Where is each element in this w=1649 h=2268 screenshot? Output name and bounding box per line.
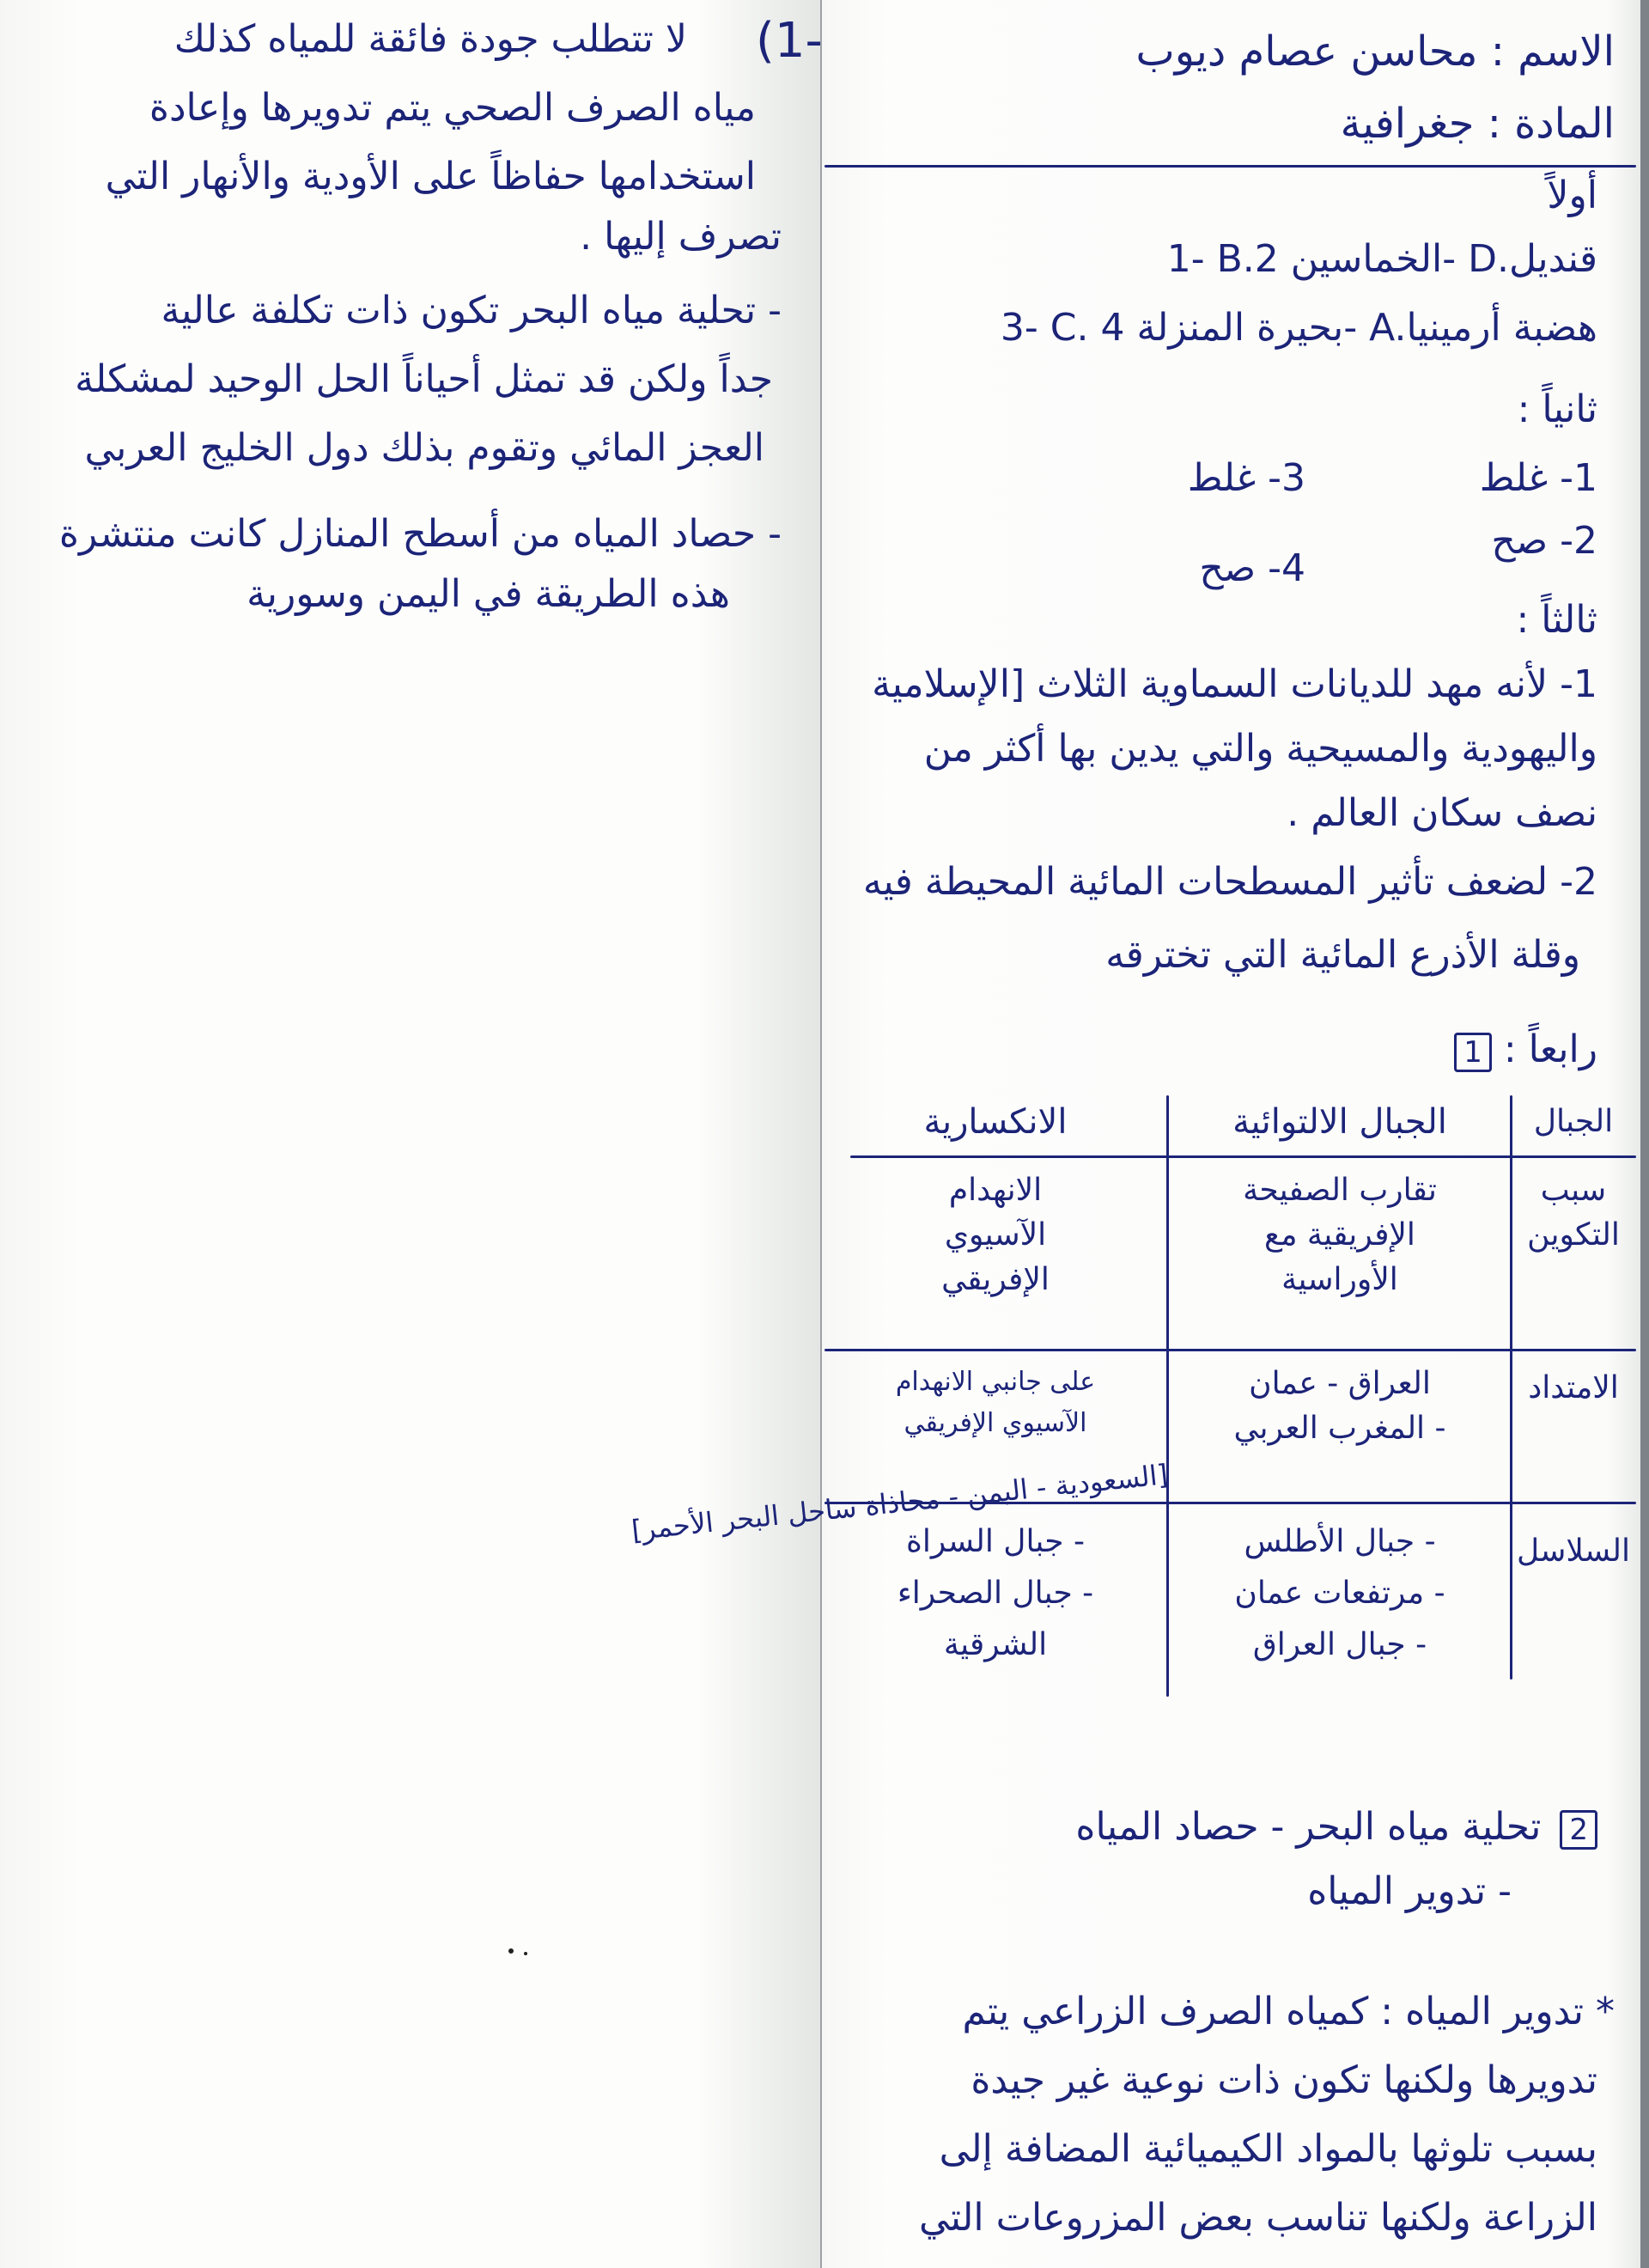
recycling-line-3: بسبب تلوثها بالمواد الكيميائية المضافة إ… — [940, 2131, 1597, 2168]
paper-edge — [1640, 0, 1649, 2268]
recycling-line-2: تدويرها ولكنها تكون ذات نوعية غير جيدة — [971, 2062, 1597, 2100]
section3-item1-line-1: 1- لأنه مهد للديانات السماوية الثلاث [ال… — [872, 666, 1597, 704]
section3-title: ثالثاً : — [1516, 601, 1597, 639]
left-line-8: - حصاد المياه من أسطح المنازل كانت منتشر… — [59, 515, 782, 553]
section1-line-1: 1- B.الخماسين 2- D.قنديل — [1167, 241, 1597, 278]
left-line-4: تصرف إليها . — [580, 218, 782, 256]
left-line-6: جداً ولكن قد تمثل أحياناً الحل الوحيد لم… — [75, 361, 773, 399]
section2-answer-4: 4- صح — [1199, 550, 1305, 588]
subject-label: المادة : — [1488, 100, 1615, 148]
name-label: الاسم : — [1491, 27, 1615, 76]
table-row-label-origin: سبب التكوين — [1513, 1168, 1634, 1258]
left-line-2: مياه الصرف الصحي يتم تدويرها وإعادة — [149, 89, 756, 127]
section4-title: رابعاً : 1 — [1447, 1031, 1597, 1072]
left-line-9: هذه الطريقة في اليمن وسورية — [246, 576, 730, 613]
name-field: الاسم : محاسن عصام ديوب — [1136, 31, 1616, 72]
table-header-fault: الانكسارية — [824, 1100, 1166, 1144]
section2-answer-2: 2- صح — [1491, 522, 1597, 560]
photographed-answer-sheet: (1- لا تتطلب جودة فائقة للمياه كذلك مياه… — [0, 0, 1649, 2268]
table-cell-fault-origin: الانهدام الآسيوي الإفريقي — [824, 1168, 1166, 1302]
table-header-folded: الجبال الالتوائية — [1170, 1100, 1510, 1144]
table-row-divider — [850, 1155, 1636, 1158]
subject-value: جغرافية — [1341, 100, 1475, 148]
part2-line-2: - تدوير المياه — [1307, 1873, 1512, 1911]
section3-item1-line-2: واليهودية والمسيحية والتي يدين بها أكثر … — [924, 730, 1597, 768]
section2-answer-3: 3- غلط — [1188, 460, 1305, 497]
section1-line-2: 3- C. بحيرة المنزلة 4- A.هضبة أرمينيا — [1001, 309, 1597, 347]
page-fold — [820, 0, 822, 2268]
left-line-1: لا تتطلب جودة فائقة للمياه كذلك — [174, 21, 687, 58]
section1-title: أولاً — [1547, 177, 1597, 215]
left-page-marker: (1- — [756, 17, 823, 65]
recycling-line-4: الزراعة ولكنها تناسب بعض المزروعات التي — [919, 2199, 1597, 2237]
table-row-label-extent: الامتداد — [1513, 1366, 1634, 1411]
table-cell-fault-extent: على جانبي الانهدام الآسيوي الإفريقي — [824, 1362, 1166, 1444]
section3-item2-line-2: وقلة الأذرع المائية التي تخترقه — [1105, 936, 1580, 974]
recycling-line-1: * تدوير المياه : كمياه الصرف الزراعي يتم — [962, 1993, 1615, 2031]
header-divider — [824, 165, 1636, 168]
part-1-box: 1 — [1454, 1033, 1492, 1072]
table-header-mountains: الجبال — [1513, 1100, 1634, 1144]
section3-item1-line-3: نصف سكان العالم . — [1287, 795, 1597, 832]
subject-field: المادة : جغرافية — [1341, 103, 1615, 144]
section2-title: ثانياً : — [1518, 391, 1597, 429]
left-line-7: العجز المائي وتقوم بذلك دول الخليج العرب… — [84, 430, 764, 467]
table-col-divider — [1510, 1095, 1512, 1680]
section2-answer-1: 1- غلط — [1480, 460, 1597, 497]
table-cell-fault-ranges: - جبال السراة - جبال الصحراء الشرقية — [824, 1516, 1166, 1671]
part-2-box: 2 — [1560, 1810, 1597, 1850]
left-line-5: - تحلية مياه البحر تكون ذات تكلفة عالية — [161, 292, 782, 330]
table-cell-folded-ranges: - جبال الأطلس - مرتفعات عمان - جبال العر… — [1170, 1516, 1510, 1671]
table-row-divider — [824, 1349, 1636, 1351]
name-value: محاسن عصام ديوب — [1136, 27, 1478, 76]
left-page — [0, 0, 820, 2268]
table-col-divider — [1166, 1095, 1169, 1697]
part2-line-1: 2 تحلية مياه البحر - حصاد المياه — [1075, 1808, 1597, 1850]
left-line-3: استخدامها حفاظاً على الأودية والأنهار ال… — [106, 158, 756, 196]
ink-speck — [524, 1952, 527, 1955]
table-cell-folded-extent: العراق - عمان - المغرب العربي — [1170, 1362, 1510, 1451]
ink-speck — [508, 1948, 514, 1954]
table-cell-folded-origin: تقارب الصفيحة الإفريقية مع الأوراسية — [1170, 1168, 1510, 1302]
table-row-label-ranges: السلاسل — [1513, 1529, 1634, 1574]
section3-item2-line-1: 2- لضعف تأثير المسطحات المائية المحيطة ف… — [863, 863, 1597, 901]
